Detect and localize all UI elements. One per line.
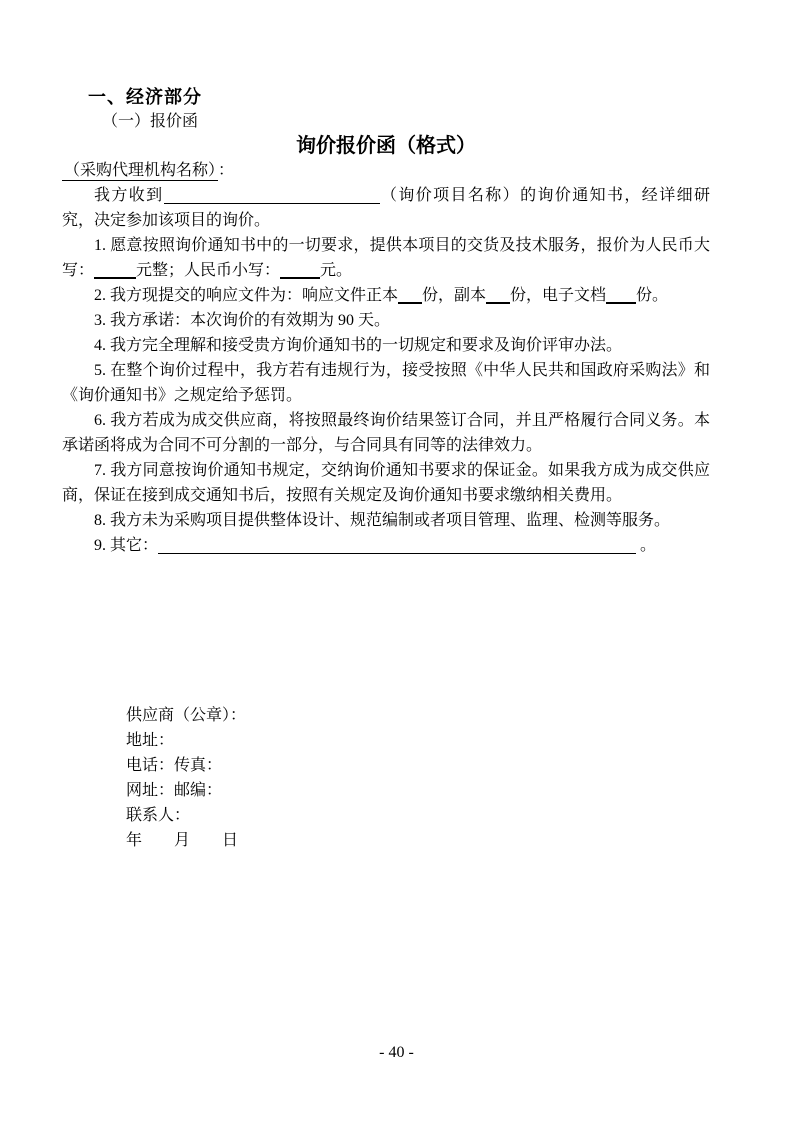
section-heading: 一、经济部分 — [62, 84, 710, 110]
salutation-colon: ： — [218, 162, 234, 179]
item9-suffix: 。 — [640, 537, 656, 554]
item-7-deposit: 7. 我方同意按询价通知书规定，交纳询价通知书要求的保证金。如果我方成为成交供应… — [62, 458, 710, 508]
item-5-penalty: 5. 在整个询价过程中，我方若有违规行为，接受按照《中华人民共和国政府采购法》和… — [62, 358, 710, 408]
contact-person-line: 联系人： — [126, 803, 710, 828]
page-number: - 40 - — [0, 1042, 793, 1064]
electronic-copies-fill-blank — [606, 286, 636, 304]
item9-label: 9. 其它： — [94, 537, 158, 554]
item1-text-2: 元整；人民币小写： — [136, 262, 280, 279]
duplicate-copies-fill-blank — [486, 286, 510, 304]
item-1-price: 1. 愿意按照询价通知书中的一切要求，提供本项目的交货及技术服务，报价为人民币大… — [62, 233, 710, 283]
subsection-heading: （一）报价函 — [62, 110, 710, 134]
website-zipcode-line: 网址：邮编： — [126, 778, 710, 803]
intro-paragraph: 我方收到（询价项目名称）的询价通知书，经详细研究，决定参加该项目的询价。 — [62, 183, 710, 233]
item1-text-3: 元。 — [320, 262, 352, 279]
price-lowercase-fill-blank — [280, 261, 320, 279]
salutation-line: （采购代理机构名称）： — [62, 158, 710, 183]
phone-fax-line: 电话：传真： — [126, 753, 710, 778]
original-copies-fill-blank — [398, 286, 422, 304]
other-fill-blank — [158, 537, 636, 554]
item-6-contract: 6. 我方若成为成交供应商，将按照最终询价结果签订合同，并且严格履行合同义务。本… — [62, 408, 710, 458]
project-name-fill-blank — [164, 187, 380, 204]
item2-text-1: 2. 我方现提交的响应文件为：响应文件正本 — [94, 287, 398, 304]
item-2-documents: 2. 我方现提交的响应文件为：响应文件正本份，副本份，电子文档份。 — [62, 283, 710, 308]
document-title: 询价报价函（格式） — [62, 134, 710, 158]
item2-text-2: 份，副本 — [422, 287, 486, 304]
item2-text-3: 份，电子文档 — [510, 287, 606, 304]
intro-text-before: 我方收到 — [94, 187, 164, 204]
supplier-seal-line: 供应商（公章）： — [126, 703, 710, 728]
document-body: 一、经济部分 （一）报价函 询价报价函（格式） （采购代理机构名称）： 我方收到… — [62, 84, 710, 853]
item-9-other: 9. 其它： 。 — [62, 533, 710, 558]
item-8-services: 8. 我方未为采购项目提供整体设计、规范编制或者项目管理、监理、检测等服务。 — [62, 508, 710, 533]
item2-text-4: 份。 — [636, 287, 668, 304]
date-line: 年 月 日 — [126, 828, 710, 853]
item-3-validity: 3. 我方承诺：本次询价的有效期为 90 天。 — [62, 308, 710, 333]
price-uppercase-fill-blank — [94, 261, 136, 279]
item-4-acceptance: 4. 我方完全理解和接受贵方询价通知书的一切规定和要求及询价评审办法。 — [62, 333, 710, 358]
address-line: 地址： — [126, 728, 710, 753]
agency-name-placeholder: （采购代理机构名称） — [62, 162, 218, 181]
signature-block: 供应商（公章）： 地址： 电话：传真： 网址：邮编： 联系人： 年 月 日 — [126, 703, 710, 853]
